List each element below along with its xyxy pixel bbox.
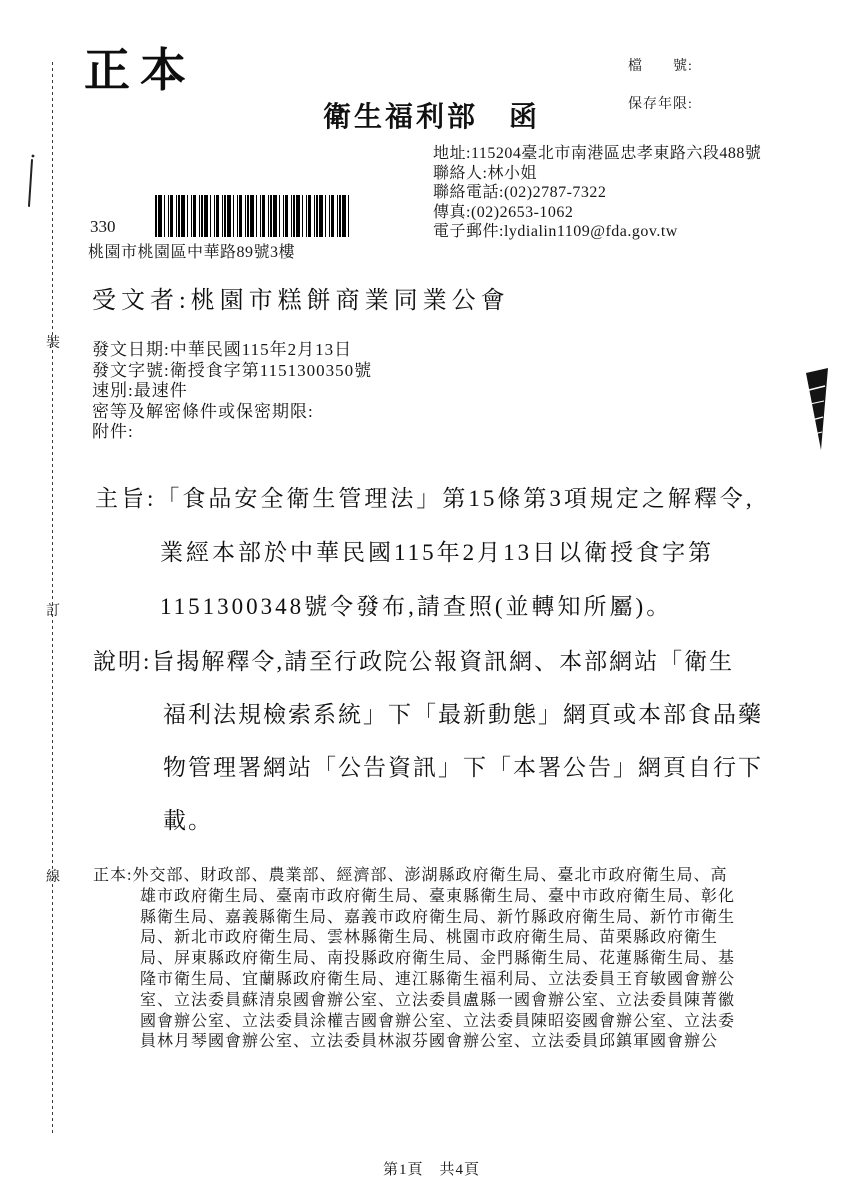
footer-total-pages: 共4頁 bbox=[440, 1162, 481, 1178]
subject-paragraph: 主旨:「食品安全衛生管理法」第15條第3項規定之解釋令, 業經本部於中華民國11… bbox=[95, 472, 849, 634]
copy-type-label: 正本 bbox=[84, 34, 196, 100]
document-meta-block: 發文日期:中華民國115年2月13日 發文字號:衛授食字第1151300350號… bbox=[92, 340, 372, 443]
copy-distribution-list: 正本:外交部、財政部、農業部、經濟部、澎湖縣政府衛生局、臺北市政府衛生局、高 雄… bbox=[93, 866, 830, 1053]
retention-period-label: 保存年限: bbox=[628, 95, 693, 114]
binding-mark-ding: 訂 bbox=[46, 600, 60, 620]
official-letter-page: 裝 訂 線 正本 檔 號: 保存年限: 衛生福利部 函 地址:115204臺北市… bbox=[0, 0, 849, 1200]
recipient-line: 受文者:桃園市糕餅商業同業公會 bbox=[92, 280, 510, 315]
sender-info-block: 地址:115204臺北市南港區忠孝東路六段488號 聯絡人:林小姐 聯絡電話:(… bbox=[433, 144, 761, 242]
postal-code: 330 bbox=[90, 217, 116, 237]
binding-mark-zhuang: 裝 bbox=[46, 332, 60, 352]
document-title: 衛生福利部 函 bbox=[323, 95, 540, 135]
pen-mark bbox=[29, 155, 34, 206]
page-footer: 第1頁共4頁 bbox=[383, 1158, 480, 1179]
binding-mark-xian: 線 bbox=[46, 866, 60, 886]
file-number-block: 檔 號: 保存年限: bbox=[628, 38, 693, 133]
description-paragraph: 說明:旨揭解釋令,請至行政院公報資訊網、本部網站「衛生 福利法規檢索系統」下「最… bbox=[93, 635, 849, 847]
barcode bbox=[155, 195, 351, 237]
binding-dashed-line bbox=[52, 62, 53, 1133]
recipient-street-address: 桃園市桃園區中華路89號3樓 bbox=[88, 239, 295, 262]
footer-page-number: 第1頁 bbox=[383, 1162, 424, 1178]
scan-artifact-triangle bbox=[806, 368, 828, 450]
file-number-label: 檔 號: bbox=[628, 57, 693, 76]
